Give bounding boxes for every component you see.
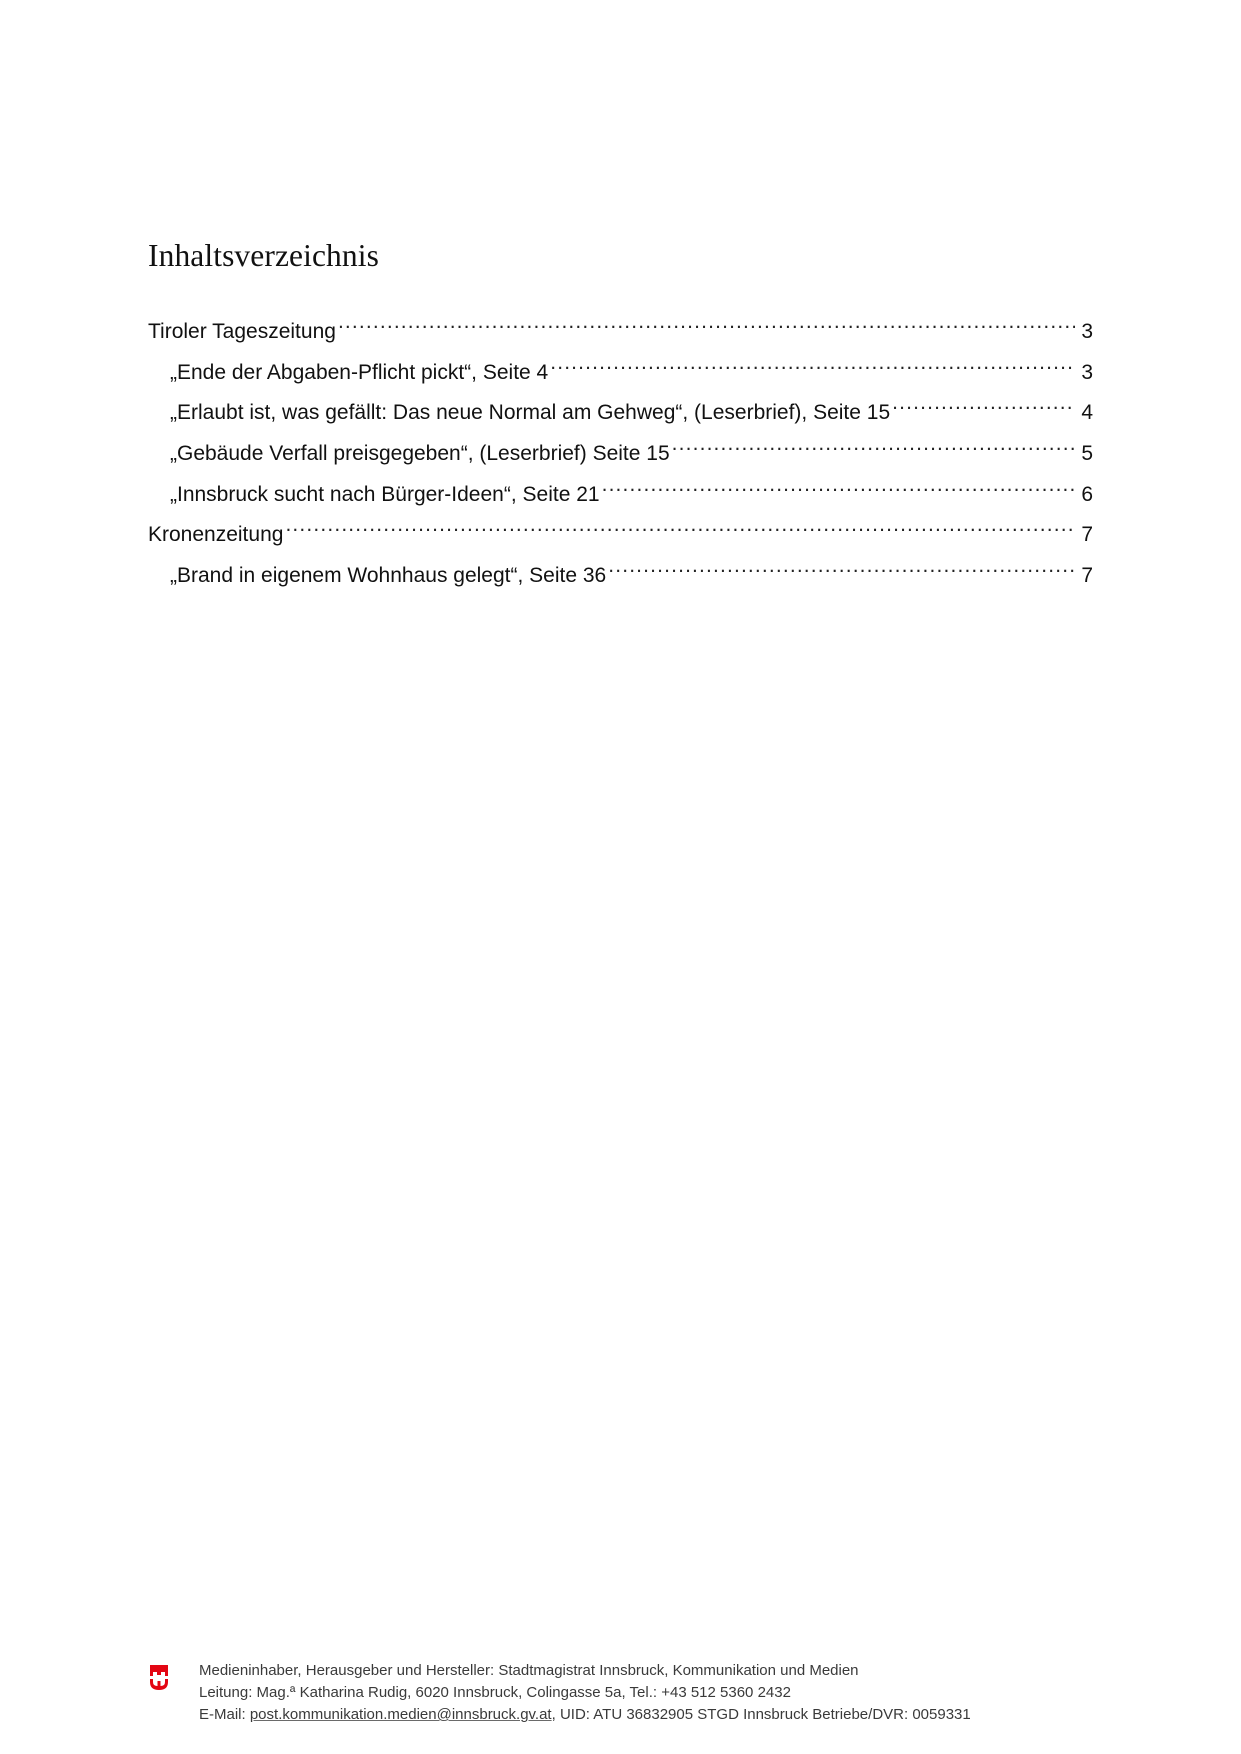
footer-email-link[interactable]: post.kommunikation.medien@innsbruck.gv.a… [250,1706,552,1723]
dot-leader [285,509,1075,541]
innsbruck-city-logo-icon [150,1665,168,1691]
dot-leader [338,306,1075,338]
toc-entry[interactable]: „Ende der Abgaben-Pflicht pickt“, Seite … [148,347,1093,388]
toc-entry[interactable]: „Brand in eigenem Wohnhaus gelegt“, Seit… [148,550,1093,591]
dot-leader [608,550,1075,582]
dot-leader [672,428,1075,460]
footer-email-label: E-Mail: [199,1706,250,1723]
toc-title: Inhaltsverzeichnis [148,236,379,276]
toc-entry-label: Tiroler Tageszeitung [148,316,336,348]
toc-entry-page: 7 [1079,519,1093,551]
toc-entry[interactable]: „Erlaubt ist, was gefällt: Das neue Norm… [148,387,1093,428]
toc-entry[interactable]: Tiroler Tageszeitung 3 [148,306,1093,347]
toc-entry-label: Kronenzeitung [148,519,283,551]
toc-entry-label: „Ende der Abgaben-Pflicht pickt“, Seite … [170,357,548,389]
dot-leader [602,469,1075,501]
toc-entry-page: 6 [1079,479,1093,511]
toc-entry-label: „Innsbruck sucht nach Bürger-Ideen“, Sei… [170,479,600,511]
toc-entry[interactable]: „Gebäude Verfall preisgegeben“, (Leserbr… [148,428,1093,469]
toc-entry-page: 7 [1079,560,1093,592]
toc-entry-page: 5 [1079,438,1093,470]
dot-leader [892,387,1075,419]
footer-imprint: Medieninhaber, Herausgeber und Herstelle… [199,1660,971,1726]
toc-entry[interactable]: „Innsbruck sucht nach Bürger-Ideen“, Sei… [148,469,1093,510]
page-footer: Medieninhaber, Herausgeber und Herstelle… [150,1660,1110,1730]
footer-registration-info: , UID: ATU 36832905 STGD Innsbruck Betri… [552,1706,971,1723]
dot-leader [550,347,1075,379]
toc-entry-page: 4 [1079,397,1093,429]
footer-management-line: Leitung: Mag.ª Katharina Rudig, 6020 Inn… [199,1682,971,1704]
document-page: Inhaltsverzeichnis Tiroler Tageszeitung … [0,0,1241,1754]
toc-entry-label: „Gebäude Verfall preisgegeben“, (Leserbr… [170,438,670,470]
footer-publisher-line: Medieninhaber, Herausgeber und Herstelle… [199,1660,971,1682]
toc-entry-label: „Erlaubt ist, was gefällt: Das neue Norm… [170,397,890,429]
toc-entry-page: 3 [1079,357,1093,389]
toc-entry-label: „Brand in eigenem Wohnhaus gelegt“, Seit… [170,560,606,592]
toc-entry[interactable]: Kronenzeitung 7 [148,509,1093,550]
table-of-contents: Tiroler Tageszeitung 3 „Ende der Abgaben… [148,306,1093,591]
toc-entry-page: 3 [1079,316,1093,348]
footer-contact-line: E-Mail: post.kommunikation.medien@innsbr… [199,1704,971,1726]
